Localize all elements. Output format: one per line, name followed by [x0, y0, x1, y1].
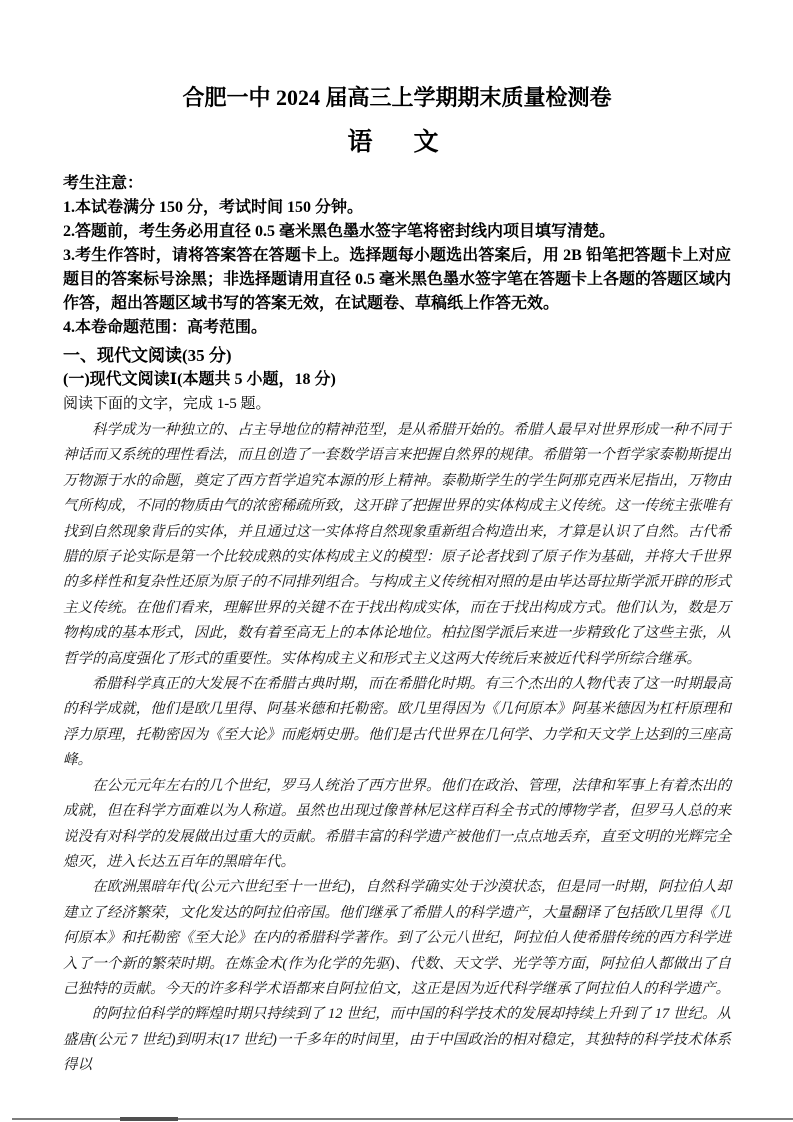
page-edge-artifact — [120, 1117, 178, 1121]
passage-paragraph: 在公元元年左右的几个世纪，罗马人统治了西方世界。他们在政治、管理，法律和军事上有… — [63, 774, 731, 876]
passage-paragraph: 的阿拉伯科学的辉煌时期只持续到了 12 世纪，而中国的科学技术的发展却持续上升到… — [63, 1002, 731, 1078]
passage-paragraph: 希腊科学真正的大发展不在希腊古典时期，而在希腊化时期。有三个杰出的人物代表了这一… — [63, 672, 731, 774]
notice-item-3: 3.考生作答时，请将答案答在答题卡上。选择题每小题选出答案后，用 2B 铅笔把答… — [63, 244, 731, 316]
notice-item-1: 1.本试卷满分 150 分，考试时间 150 分钟。 — [63, 196, 731, 220]
notice-item-2: 2.答题前，考生务必用直径 0.5 毫米黑色墨水签字笔将密封线内项目填写清楚。 — [63, 220, 731, 244]
section-heading-modern-reading: 一、现代文阅读(35 分) — [63, 343, 731, 368]
subject-title: 语 文 — [63, 128, 731, 158]
reading-instruction: 阅读下面的文字，完成 1-5 题。 — [63, 392, 731, 417]
candidate-notice: 考生注意： 1.本试卷满分 150 分，考试时间 150 分钟。 2.答题前，考… — [63, 172, 731, 340]
passage-paragraph: 科学成为一种独立的、占主导地位的精神范型，是从希腊开始的。希腊人最早对世界形成一… — [63, 418, 731, 672]
passage-paragraph: 在欧洲黑暗年代(公元六世纪至十一世纪)，自然科学确实处于沙漠状态，但是同一时期，… — [63, 875, 731, 1002]
subsection-heading-reading-one: (一)现代文阅读Ⅰ(本题共 5 小题，18 分) — [63, 368, 731, 392]
reading-passage: 科学成为一种独立的、占主导地位的精神范型，是从希腊开始的。希腊人最早对世界形成一… — [63, 418, 731, 1079]
notice-heading: 考生注意： — [63, 172, 731, 196]
page-bottom-rule — [12, 1118, 793, 1120]
notice-item-4: 4.本卷命题范围：高考范围。 — [63, 316, 731, 340]
exam-paper-page: 合肥一中 2024 届高三上学期期末质量检测卷 语 文 考生注意： 1.本试卷满… — [0, 0, 793, 1122]
exam-title: 合肥一中 2024 届高三上学期期末质量检测卷 — [63, 84, 731, 112]
